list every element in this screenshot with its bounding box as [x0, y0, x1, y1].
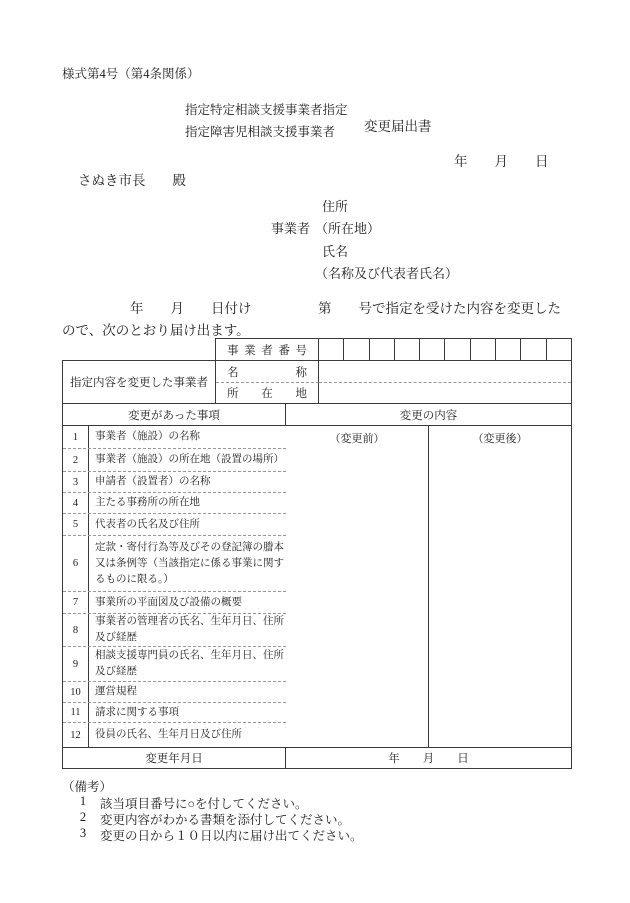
applicant-address-label: 住所: [322, 196, 348, 215]
item-number[interactable]: 3: [63, 472, 89, 492]
item-label: 事業者（施設）の所在地（設置の場所）: [89, 449, 286, 471]
applicant-entity-label: 事業者: [271, 218, 310, 237]
before-label: （変更前）: [330, 433, 385, 445]
date-line: 年 月 日: [454, 150, 549, 170]
item-label: 代表者の氏名及び住所: [89, 514, 286, 535]
table-row: 2 事業者（施設）の所在地（設置の場所）: [63, 449, 286, 472]
applicant-name-label: 氏名: [322, 241, 348, 260]
item-number[interactable]: 11: [63, 703, 89, 722]
business-number-cell[interactable]: [444, 339, 469, 360]
item-label: 相談支援専門員の氏名、生年月日、住所及び経歴: [89, 647, 286, 681]
business-number-cell[interactable]: [495, 339, 520, 360]
item-label: 事業所の平面図及び設備の概要: [89, 592, 286, 613]
name-row-value[interactable]: [319, 361, 571, 383]
applicant-location-label: （所在地）: [315, 218, 380, 237]
item-label: 請求に関する事項: [89, 703, 286, 722]
table-body: 指定内容を変更した事業者 名称 所在地 変更があった事項 変更の内容 1 事業者…: [62, 360, 572, 769]
changed-items-header: 変更があった事項: [63, 404, 286, 426]
item-list: 1 事業者（施設）の名称 2 事業者（施設）の所在地（設置の場所） 3 申請者（…: [63, 426, 286, 748]
form-title-line2: 指定障害児相談支援事業者: [185, 121, 348, 143]
item-label: 事業者の管理者の氏名、生年月日、住所及び経歴: [89, 614, 286, 646]
business-number-cell[interactable]: [394, 339, 419, 360]
item-number[interactable]: 2: [63, 449, 89, 471]
form-title-line1: 指定特定相談支援事業者指定: [185, 99, 348, 121]
item-label: 役員の氏名、生年月日及び住所: [89, 723, 286, 747]
business-number-label: 事業者番号: [216, 339, 319, 360]
statement-line-2: ので、次のとおり届け出ます。: [62, 319, 250, 339]
item-number[interactable]: 10: [63, 682, 89, 702]
item-number[interactable]: 5: [63, 514, 89, 535]
item-number[interactable]: 4: [63, 493, 89, 513]
business-number-cell[interactable]: [520, 339, 545, 360]
statement-date-part: 年 月 日付け: [130, 297, 252, 317]
table-row: 4 主たる事務所の所在地: [63, 493, 286, 514]
form-number: 様式第4号（第4条関係）: [62, 64, 200, 82]
form-title-qualifiers: 指定特定相談支援事業者指定 指定障害児相談支援事業者: [185, 99, 348, 143]
table-row: 11 請求に関する事項: [63, 703, 286, 723]
after-label: （変更後）: [473, 433, 528, 445]
item-number[interactable]: 1: [63, 426, 89, 448]
after-column[interactable]: （変更後）: [429, 426, 571, 747]
table-row: 7 事業所の平面図及び設備の概要: [63, 592, 286, 614]
business-number-cell[interactable]: [319, 339, 343, 360]
addressee: さぬき市長 殿: [78, 169, 186, 189]
address-row-label: 所在地: [216, 383, 319, 404]
table-row: 1 事業者（施設）の名称: [63, 426, 286, 449]
table-row: 5 代表者の氏名及び住所: [63, 514, 286, 536]
business-number-cell[interactable]: [470, 339, 495, 360]
item-label: 申請者（設置者）の名称: [89, 472, 286, 492]
item-number[interactable]: 9: [63, 647, 89, 681]
note-number: 3: [78, 826, 88, 844]
business-number-cell[interactable]: [369, 339, 394, 360]
item-label: 運営規程: [89, 682, 286, 702]
business-number-cell[interactable]: [546, 339, 571, 360]
business-number-cell[interactable]: [343, 339, 368, 360]
item-label: 主たる事務所の所在地: [89, 493, 286, 513]
change-content-area: （変更前） （変更後）: [286, 426, 571, 748]
table-row: 10 運営規程: [63, 682, 286, 703]
address-row-value[interactable]: [319, 383, 571, 404]
note-line: 3 変更の日から１０日以内に届け出てください。: [78, 826, 363, 844]
item-number[interactable]: 12: [63, 723, 89, 747]
applicant-rep-label: （名称及び代表者氏名）: [315, 263, 458, 282]
item-label: 事業者（施設）の名称: [89, 426, 286, 448]
changed-business-label: 指定内容を変更した事業者: [63, 361, 216, 404]
business-number-row: 事業者番号: [215, 338, 572, 361]
before-column[interactable]: （変更前）: [286, 426, 429, 747]
item-number[interactable]: 6: [63, 536, 89, 591]
note-text: 変更の日から１０日以内に届け出てください。: [100, 826, 363, 844]
item-number[interactable]: 8: [63, 614, 89, 646]
table-row: 3 申請者（設置者）の名称: [63, 472, 286, 493]
form-title-doc-type: 変更届出書: [364, 115, 432, 135]
table-row: 9 相談支援専門員の氏名、生年月日、住所及び経歴: [63, 647, 286, 682]
change-date-label: 変更年月日: [63, 748, 286, 768]
page: { "page": { "form_number": "様式第4号（第4条関係）…: [0, 0, 630, 903]
statement-number-part: 第 号で指定を受けた内容を変更した: [318, 297, 561, 317]
table-row: 12 役員の氏名、生年月日及び住所: [63, 723, 286, 748]
table-row: 6 定款・寄付行為等及びその登記簿の謄本又は条例等（当該指定に係る事業に関するも…: [63, 536, 286, 592]
business-number-cell[interactable]: [419, 339, 444, 360]
change-date-value[interactable]: 年 月 日: [286, 748, 571, 768]
change-date-row: 変更年月日 年 月 日: [63, 748, 571, 768]
change-content-header: 変更の内容: [286, 404, 571, 426]
table-row: 8 事業者の管理者の氏名、生年月日、住所及び経歴: [63, 614, 286, 647]
name-row-label: 名称: [216, 361, 319, 383]
main-table: 事業者番号 指定内容を変更した事業者 名称 所在地 変更があった事項 変更の内容…: [62, 338, 572, 769]
notes-heading: （備考）: [62, 777, 112, 795]
item-label: 定款・寄付行為等及びその登記簿の謄本又は条例等（当該指定に係る事業に関するものに…: [89, 536, 286, 591]
item-number[interactable]: 7: [63, 592, 89, 613]
